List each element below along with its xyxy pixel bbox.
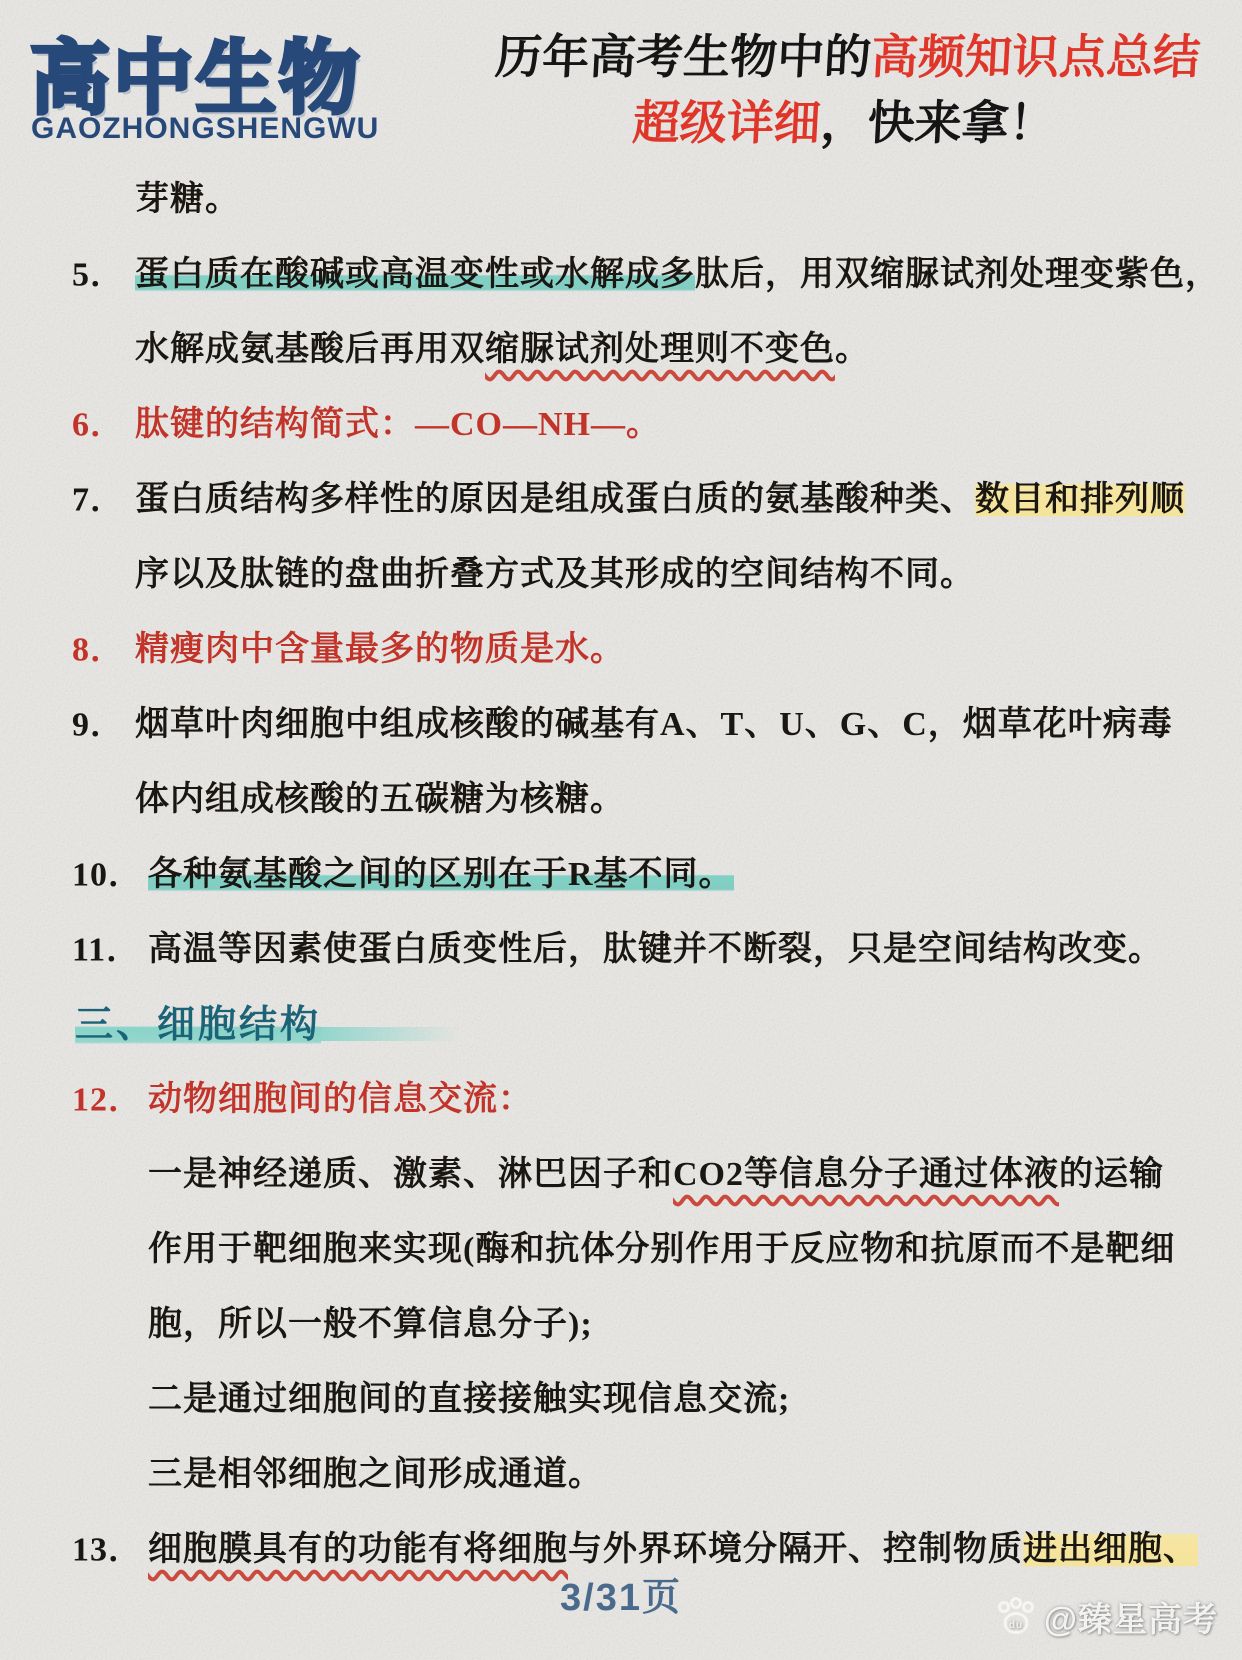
text-segment: CO2等信息分子通过体液 [673, 1156, 1059, 1193]
content-line: 三是相邻细胞之间形成通道。 [0, 1433, 1242, 1508]
text-segment: 。 [835, 331, 870, 368]
line-text: 作用于靶细胞来实现(酶和抗体分别作用于反应物和抗原而不是靶细 [0, 1221, 1175, 1270]
content-line: 8．精瘦肉中含量最多的物质是水。 [0, 608, 1242, 683]
text-segment: 精瘦肉中含量最多的物质是水。 [135, 631, 625, 668]
text-segment: 蛋白质在酸碱或高温变性或水解成多 [135, 256, 695, 293]
text-segment: 蛋白质结构多样性的原因是组成蛋白质的氨基酸种类、 [135, 481, 975, 518]
content-line: 5．蛋白质在酸碱或高温变性或水解成多肽后，用双缩脲试剂处理变紫色， [0, 233, 1242, 308]
headline: 历年高考生物中的高频知识点总结 超级详细，快来拿！ [457, 24, 1236, 156]
content-line: 一是神经递质、激素、淋巴因子和CO2等信息分子通过体液的运输 [0, 1133, 1242, 1208]
line-text: 三是相邻细胞之间形成通道。 [0, 1446, 603, 1495]
line-text: 蛋白质结构多样性的原因是组成蛋白质的氨基酸种类、数目和排列顺 [0, 471, 1185, 520]
text-segment: 高温等因素使蛋白质变性后，肽键并不断裂，只是空间结构改变。 [148, 931, 1163, 968]
content-line: 11．高温等因素使蛋白质变性后，肽键并不断裂，只是空间结构改变。 [0, 908, 1242, 983]
text-segment: 体内组成核酸的五碳糖为核糖。 [135, 781, 625, 818]
text-segment: 水解成氨基酸后再用双 [135, 331, 485, 368]
item-number: 6． [72, 396, 125, 445]
item-number: 11． [72, 921, 141, 970]
line-text: 高温等因素使蛋白质变性后，肽键并不断裂，只是空间结构改变。 [0, 921, 1163, 970]
paw-icon: du [994, 1597, 1038, 1637]
section-heading: 三、细胞结构 [0, 983, 1242, 1058]
line-text: 芽糖。 [0, 171, 240, 220]
item-number: 9． [72, 696, 125, 745]
item-number: 7． [72, 471, 125, 520]
line-text: 胞，所以一般不算信息分子); [0, 1296, 593, 1345]
item-number: 5． [72, 246, 125, 295]
text-segment: 历年高考生物中的 [494, 30, 873, 83]
line-text: 二是通过细胞间的直接接触实现信息交流; [0, 1371, 790, 1420]
text-segment: 芽糖。 [135, 181, 240, 218]
line-text: 水解成氨基酸后再用双缩脲试剂处理则不变色。 [0, 321, 870, 370]
text-segment: 三、细胞结构 [75, 1004, 321, 1046]
text-segment: 序以及肽链的盘曲折叠方式及其形成的空间结构不同。 [135, 556, 975, 593]
text-segment: 胞，所以一般不算信息分子); [148, 1306, 593, 1343]
headline-line1: 历年高考生物中的高频知识点总结 [460, 24, 1235, 90]
item-number: 12． [72, 1071, 143, 1120]
item-number: 10． [72, 846, 143, 895]
content-line: 作用于靶细胞来实现(酶和抗体分别作用于反应物和抗原而不是靶细 [0, 1208, 1242, 1283]
text-segment: 超级详细 [631, 96, 822, 149]
text-segment: 与外界环境分隔开、控制物质 [568, 1531, 1023, 1568]
line-text: 体内组成核酸的五碳糖为核糖。 [0, 771, 625, 820]
content-line: 体内组成核酸的五碳糖为核糖。 [0, 758, 1242, 833]
text-segment: 各种氨基酸之间的区别在于R基不同。 [148, 856, 734, 893]
line-text: 细胞膜具有的功能有将细胞与外界环境分隔开、控制物质进出细胞、 [0, 1521, 1198, 1570]
watermark-text: @臻星高考 [1044, 1592, 1218, 1641]
content-line: 12．动物细胞间的信息交流： [0, 1058, 1242, 1133]
text-segment: 三是相邻细胞之间形成通道。 [148, 1456, 603, 1493]
header: 高中生物 GAOZHONGSHENGWU 历年高考生物中的高频知识点总结 超级详… [0, 0, 1242, 168]
logo-subtitle: GAOZHONGSHENGWU [31, 112, 379, 146]
content-line: 10．各种氨基酸之间的区别在于R基不同。 [0, 833, 1242, 908]
content-line: 6．肽键的结构简式：—CO—NH—。 [0, 383, 1242, 458]
text-segment: 数目和排列顺 [975, 481, 1185, 518]
text-segment: 高频知识点总结 [870, 30, 1202, 83]
text-segment: 进出细胞、 [1023, 1531, 1198, 1568]
line-text: 一是神经递质、激素、淋巴因子和CO2等信息分子通过体液的运输 [0, 1146, 1164, 1195]
watermark: du @臻星高考 [994, 1592, 1218, 1641]
item-number: 13． [72, 1521, 143, 1570]
content-line: 胞，所以一般不算信息分子); [0, 1283, 1242, 1358]
text-segment: ，快来拿！ [819, 96, 1057, 149]
line-text: 序以及肽链的盘曲折叠方式及其形成的空间结构不同。 [0, 546, 975, 595]
text-segment: 细胞膜具有的功能有将细胞 [148, 1531, 568, 1568]
text-segment: 烟草叶肉细胞中组成核酸的碱基有A、T、U、G、C，烟草花叶病毒 [135, 706, 1173, 743]
line-text: 烟草叶肉细胞中组成核酸的碱基有A、T、U、G、C，烟草花叶病毒 [0, 696, 1173, 745]
text-segment: 动物细胞间的信息交流： [148, 1081, 533, 1118]
line-text: 三、细胞结构 [0, 993, 321, 1048]
headline-line2: 超级详细，快来拿！ [457, 90, 1232, 156]
text-segment: 一是神经递质、激素、淋巴因子和 [148, 1156, 673, 1193]
text-segment: 作用于靶细胞来实现(酶和抗体分别作用于反应物和抗原而不是靶细 [148, 1231, 1175, 1268]
line-text: 蛋白质在酸碱或高温变性或水解成多肽后，用双缩脲试剂处理变紫色， [0, 246, 1220, 295]
content-line: 序以及肽链的盘曲折叠方式及其形成的空间结构不同。 [0, 533, 1242, 608]
content-lines: 芽糖。5．蛋白质在酸碱或高温变性或水解成多肽后，用双缩脲试剂处理变紫色，水解成氨… [0, 158, 1242, 1583]
content-line: 二是通过细胞间的直接接触实现信息交流; [0, 1358, 1242, 1433]
text-segment: 二是通过细胞间的直接接触实现信息交流; [148, 1381, 790, 1418]
text-segment: 肽键的结构简式：—CO—NH—。 [135, 406, 661, 443]
content-line: 7．蛋白质结构多样性的原因是组成蛋白质的氨基酸种类、数目和排列顺 [0, 458, 1242, 533]
content-line: 芽糖。 [0, 158, 1242, 233]
content-line: 水解成氨基酸后再用双缩脲试剂处理则不变色。 [0, 308, 1242, 383]
item-number: 8． [72, 621, 125, 670]
text-segment: 的运输 [1059, 1156, 1164, 1193]
content-line: 9．烟草叶肉细胞中组成核酸的碱基有A、T、U、G、C，烟草花叶病毒 [0, 683, 1242, 758]
svg-text:du: du [1009, 1620, 1023, 1631]
text-segment: 肽后，用双缩脲试剂处理变紫色， [695, 256, 1220, 293]
text-segment: 缩脲试剂处理则不变色 [485, 331, 835, 368]
